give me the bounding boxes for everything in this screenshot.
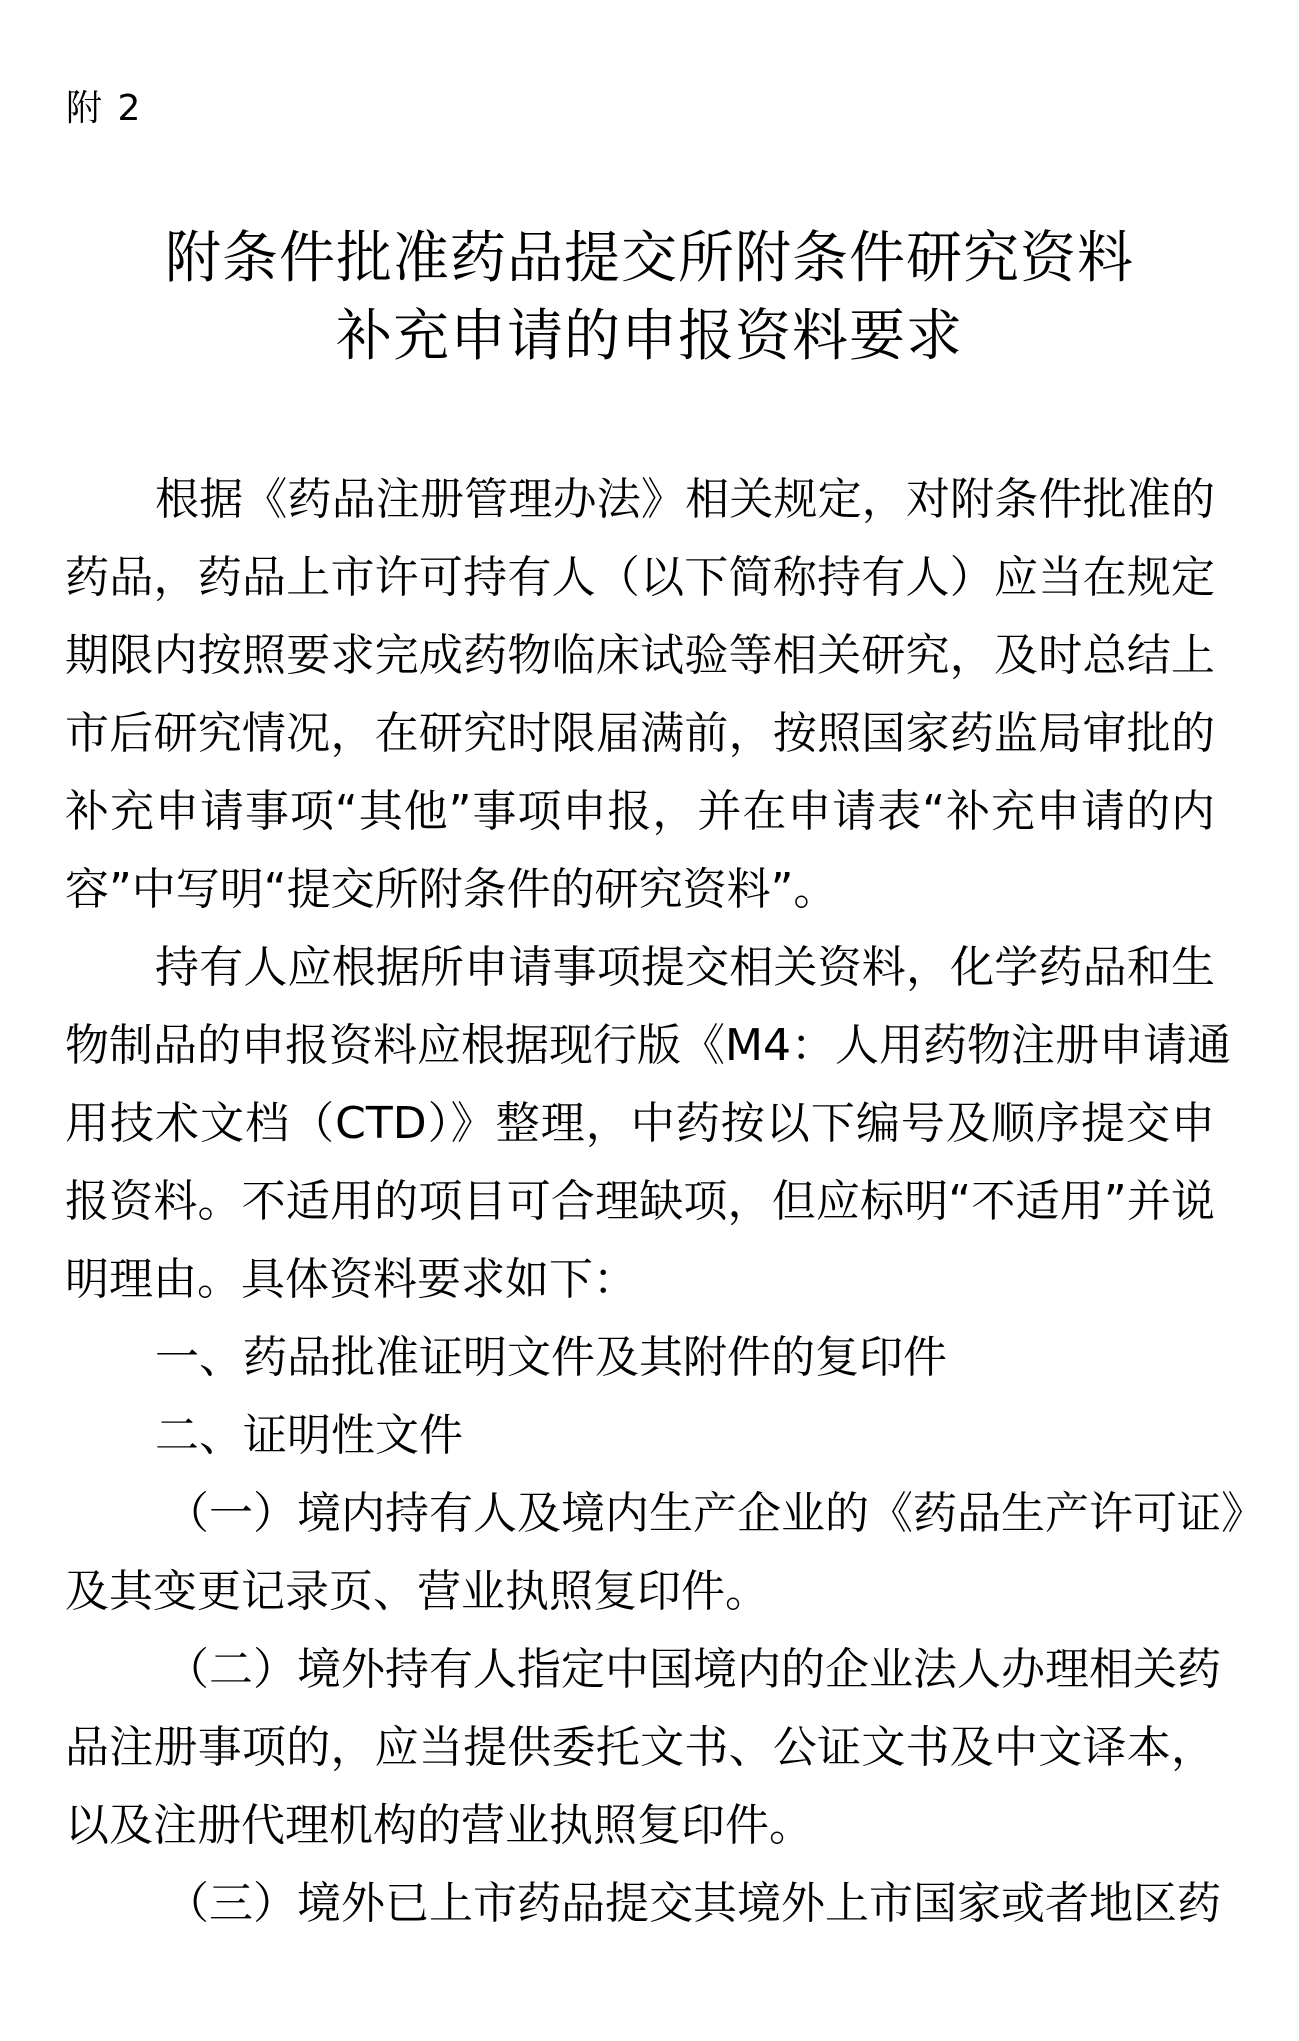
paragraph-2-line-2: 物制品的申报资料应根据现行版《M4：人用药物注册申请通	[65, 1007, 1215, 1085]
document-title: 附条件批准药品提交所附条件研究资料 补充申请的申报资料要求	[0, 220, 1299, 376]
paragraph-1-line-3: 期限内按照要求完成药物临床试验等相关研究，及时总结上	[65, 617, 1215, 695]
paragraph-2-line-4: 报资料。不适用的项目可合理缺项，但应标明“不适用”并说	[65, 1163, 1215, 1241]
paragraph-1-line-2: 药品，药品上市许可持有人（以下简称持有人）应当在规定	[65, 539, 1215, 617]
subitem-2-line-3: 以及注册代理机构的营业执照复印件。	[65, 1787, 1215, 1865]
document-body: 根据《药品注册管理办法》相关规定，对附条件批准的 药品，药品上市许可持有人（以下…	[65, 461, 1215, 1943]
paragraph-1-line-4: 市后研究情况，在研究时限届满前，按照国家药监局审批的	[65, 695, 1215, 773]
attachment-label: 附 2	[66, 84, 142, 134]
title-line-2: 补充申请的申报资料要求	[0, 298, 1299, 376]
subitem-2-line-2: 品注册事项的，应当提供委托文书、公证文书及中文译本，	[65, 1709, 1215, 1787]
document-page: 附 2 附条件批准药品提交所附条件研究资料 补充申请的申报资料要求 根据《药品注…	[0, 0, 1299, 2041]
subitem-1-line-1: （一）境内持有人及境内生产企业的《药品生产许可证》	[65, 1475, 1215, 1553]
subitem-1-line-2: 及其变更记录页、营业执照复印件。	[65, 1553, 1215, 1631]
title-line-1: 附条件批准药品提交所附条件研究资料	[0, 220, 1299, 298]
paragraph-2-line-3: 用技术文档（CTD）》整理，中药按以下编号及顺序提交申	[65, 1085, 1215, 1163]
paragraph-2-line-1: 持有人应根据所申请事项提交相关资料，化学药品和生	[65, 929, 1215, 1007]
paragraph-1-line-5: 补充申请事项“其他”事项申报，并在申请表“补充申请的内	[65, 773, 1215, 851]
subitem-2-line-1: （二）境外持有人指定中国境内的企业法人办理相关药	[65, 1631, 1215, 1709]
section-1-heading: 一、药品批准证明文件及其附件的复印件	[65, 1319, 1215, 1397]
paragraph-1-line-6: 容”中写明“提交所附条件的研究资料”。	[65, 851, 1215, 929]
section-2-heading: 二、证明性文件	[65, 1397, 1215, 1475]
paragraph-2-line-5: 明理由。具体资料要求如下：	[65, 1241, 1215, 1319]
paragraph-1-line-1: 根据《药品注册管理办法》相关规定，对附条件批准的	[65, 461, 1215, 539]
subitem-3-line-1: （三）境外已上市药品提交其境外上市国家或者地区药	[65, 1865, 1215, 1943]
